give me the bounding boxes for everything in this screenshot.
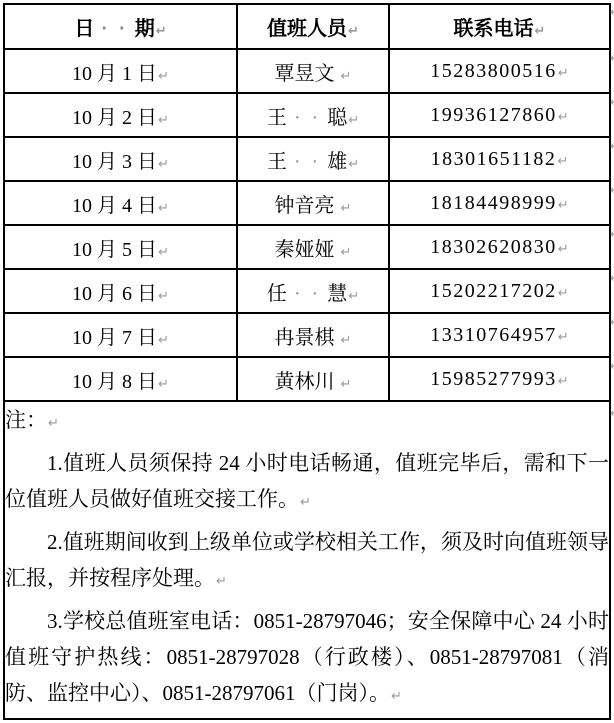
person-cell: 冉景棋↵	[237, 313, 389, 357]
person-name2: 雄	[327, 151, 347, 173]
paragraph-return-mark: ↵	[341, 201, 352, 216]
paragraph-return-mark: ↵	[558, 66, 569, 81]
row-end-mark: ↵	[610, 228, 614, 240]
date-value: 10 月 5 日	[72, 239, 157, 261]
row-end-mark: ↵	[610, 360, 614, 372]
date-cell: 10 月 6 日↵	[4, 269, 237, 313]
person-name: 覃昱文	[275, 63, 335, 85]
paragraph-return-mark: ↵	[158, 113, 169, 128]
paragraph-return-mark: ↵	[558, 198, 569, 213]
header-person-text: 值班人员	[267, 18, 347, 40]
phone-cell: 18301651182↵	[389, 137, 610, 181]
date-value: 10 月 1 日	[72, 63, 157, 85]
date-cell: 10 月 3 日↵	[4, 137, 237, 181]
paragraph-return-mark: ↵	[558, 242, 569, 257]
note-item-3: 3.学校总值班室电话：0851-28797046；安全保障中心 24 小时值班守…	[5, 603, 609, 715]
note-item-3-text: 3.学校总值班室电话：0851-28797046；安全保障中心 24 小时值班守…	[5, 609, 609, 705]
paragraph-return-mark: ↵	[158, 69, 169, 84]
header-row: 日··期↵ 值班人员↵ 联系电话↵	[4, 4, 610, 49]
notes-row: 注：↵ 1.值班人员须保持 24 小时电话畅通，值班完毕后，需和下一位值班人员做…	[4, 401, 610, 719]
person-cell: 任··慧↵	[237, 269, 389, 313]
duty-roster-table: 日··期↵ 值班人员↵ 联系电话↵ 10 月 1 日↵ 覃昱文↵ 1528380…	[3, 3, 611, 720]
person-name: 冉景棋	[275, 327, 335, 349]
date-cell: 10 月 7 日↵	[4, 313, 237, 357]
table-row: 10 月 5 日↵ 秦娅娅↵ 18302620830↵	[4, 225, 610, 269]
phone-value: 18301651182	[431, 148, 557, 170]
header-date-text: 日	[74, 18, 94, 40]
header-person: 值班人员↵	[237, 4, 389, 49]
table-row: 10 月 3 日↵ 王··雄↵ 18301651182↵	[4, 137, 610, 181]
phone-cell: 15283800516↵	[389, 49, 610, 93]
date-value: 10 月 3 日	[72, 151, 157, 173]
paragraph-return-mark: ↵	[158, 289, 169, 304]
person-name: 王	[267, 151, 287, 173]
row-end-mark: ↵	[610, 407, 614, 419]
document-page: { "page": { "background": "#ffffff", "bo…	[0, 0, 614, 723]
row-end-mark: ↵	[610, 6, 614, 18]
paragraph-return-mark: ↵	[341, 245, 352, 260]
paragraph-return-mark: ↵	[48, 416, 59, 431]
paragraph-return-mark: ↵	[341, 377, 352, 392]
paragraph-return-mark: ↵	[158, 377, 169, 392]
paragraph-return-mark: ↵	[348, 113, 359, 128]
person-cell: 王··雄↵	[237, 137, 389, 181]
phone-value: 18302620830	[430, 236, 557, 258]
date-cell: 10 月 2 日↵	[4, 93, 237, 137]
phone-cell: 18184498999↵	[389, 181, 610, 225]
person-cell: 王··聪↵	[237, 93, 389, 137]
person-name: 任	[267, 283, 287, 305]
phone-value: 15985277993	[430, 368, 557, 390]
paragraph-return-mark: ↵	[348, 157, 359, 172]
phone-value: 19936127860	[430, 104, 557, 126]
row-end-mark: ↵	[610, 52, 614, 64]
fullwidth-space-marks: ··	[294, 107, 329, 129]
date-value: 10 月 8 日	[72, 371, 157, 393]
paragraph-return-mark: ↵	[341, 333, 352, 348]
paragraph-return-mark: ↵	[158, 201, 169, 216]
paragraph-return-mark: ↵	[216, 574, 227, 589]
person-name2: 聪	[327, 107, 347, 129]
paragraph-return-mark: ↵	[348, 24, 359, 39]
table-row: 10 月 8 日↵ 黄林川↵ 15985277993↵	[4, 357, 610, 401]
note-item-2: 2.值班期间收到上级单位或学校相关工作，须及时向值班领导汇报，并按程序处理。↵	[5, 524, 609, 600]
note-item-2-text: 2.值班期间收到上级单位或学校相关工作，须及时向值班领导汇报，并按程序处理。	[5, 530, 609, 590]
header-date: 日··期↵	[4, 4, 237, 49]
paragraph-return-mark: ↵	[535, 24, 546, 39]
phone-cell: 13310764957↵	[389, 313, 610, 357]
phone-cell: 15202217202↵	[389, 269, 610, 313]
paragraph-return-mark: ↵	[348, 289, 359, 304]
phone-cell: 15985277993↵	[389, 357, 610, 401]
date-cell: 10 月 5 日↵	[4, 225, 237, 269]
paragraph-return-mark: ↵	[557, 154, 568, 169]
row-end-mark: ↵	[610, 140, 614, 152]
table-row: 10 月 1 日↵ 覃昱文↵ 15283800516↵	[4, 49, 610, 93]
paragraph-return-mark: ↵	[156, 24, 167, 39]
date-cell: 10 月 8 日↵	[4, 357, 237, 401]
phone-value: 15283800516	[430, 60, 557, 82]
table-row: 10 月 2 日↵ 王··聪↵ 19936127860↵	[4, 93, 610, 137]
person-name: 黄林川	[275, 371, 335, 393]
table-row: 10 月 6 日↵ 任··慧↵ 15202217202↵	[4, 269, 610, 313]
header-phone: 联系电话↵	[389, 4, 610, 49]
phone-cell: 19936127860↵	[389, 93, 610, 137]
person-name2: 慧	[327, 283, 347, 305]
paragraph-return-mark: ↵	[558, 374, 569, 389]
note-item-1: 1.值班人员须保持 24 小时电话畅通，值班完毕后，需和下一位值班人员做好值班交…	[5, 445, 609, 521]
paragraph-return-mark: ↵	[341, 69, 352, 84]
fullwidth-space-marks: ··	[101, 18, 136, 40]
header-date-text2: 期	[135, 18, 155, 40]
fullwidth-space-marks: ··	[294, 283, 329, 305]
fullwidth-space-marks: ··	[294, 151, 329, 173]
person-name: 王	[267, 107, 287, 129]
paragraph-return-mark: ↵	[391, 689, 402, 704]
date-cell: 10 月 1 日↵	[4, 49, 237, 93]
table-row: 10 月 4 日↵ 钟音亮↵ 18184498999↵	[4, 181, 610, 225]
person-cell: 秦娅娅↵	[237, 225, 389, 269]
person-name: 秦娅娅	[275, 239, 335, 261]
notes-label-paragraph: 注：↵	[5, 402, 609, 442]
date-value: 10 月 4 日	[72, 195, 157, 217]
person-cell: 黄林川↵	[237, 357, 389, 401]
paragraph-return-mark: ↵	[558, 110, 569, 125]
row-end-mark: ↵	[610, 96, 614, 108]
date-value: 10 月 6 日	[72, 283, 157, 305]
paragraph-return-mark: ↵	[158, 245, 169, 260]
person-cell: 覃昱文↵	[237, 49, 389, 93]
phone-value: 18184498999	[430, 192, 557, 214]
person-name: 钟音亮	[275, 195, 335, 217]
row-end-mark: ↵	[610, 272, 614, 284]
paragraph-return-mark: ↵	[300, 495, 311, 510]
date-cell: 10 月 4 日↵	[4, 181, 237, 225]
person-cell: 钟音亮↵	[237, 181, 389, 225]
row-end-mark: ↵	[610, 316, 614, 328]
phone-value: 15202217202	[430, 280, 557, 302]
phone-cell: 18302620830↵	[389, 225, 610, 269]
paragraph-return-mark: ↵	[158, 157, 169, 172]
table-row: 10 月 7 日↵ 冉景棋↵ 13310764957↵	[4, 313, 610, 357]
date-value: 10 月 7 日	[72, 327, 157, 349]
row-end-mark: ↵	[610, 184, 614, 196]
paragraph-return-mark: ↵	[558, 330, 569, 345]
header-phone-text: 联系电话	[454, 18, 534, 40]
phone-value: 13310764957	[430, 324, 557, 346]
notes-label: 注：	[5, 408, 47, 432]
paragraph-return-mark: ↵	[158, 333, 169, 348]
paragraph-return-mark: ↵	[558, 286, 569, 301]
date-value: 10 月 2 日	[72, 107, 157, 129]
notes-cell: 注：↵ 1.值班人员须保持 24 小时电话畅通，值班完毕后，需和下一位值班人员做…	[4, 401, 610, 719]
